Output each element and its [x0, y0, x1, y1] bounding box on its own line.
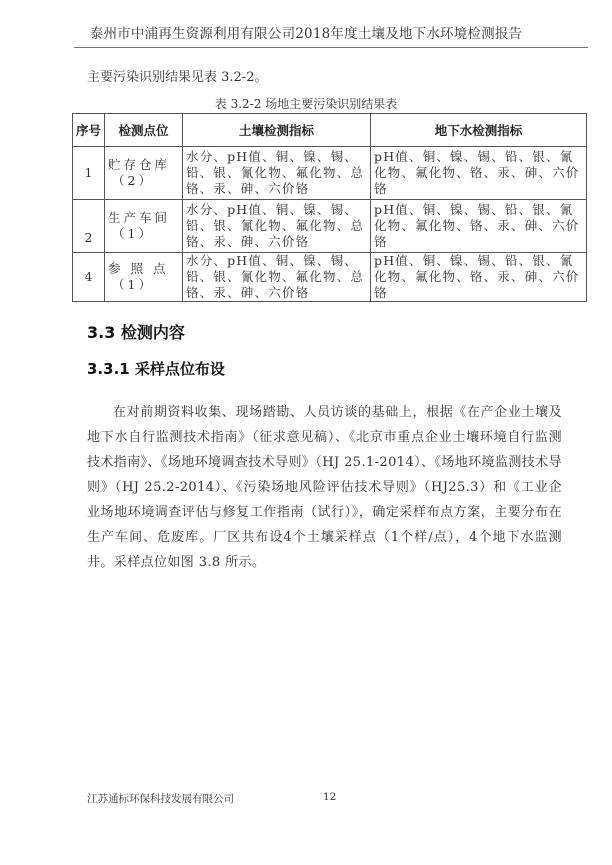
column-header-no: 序号	[73, 114, 105, 147]
soil-indicators: 水分、pH值、铜、镍、锡、铅、银、氰化物、氟化物、总铬、汞、砷、六价铬	[183, 147, 371, 200]
page-number: 12	[323, 791, 336, 803]
table-row: 1 贮存仓库 （2） 水分、pH值、铜、镍、锡、铅、银、氰化物、氟化物、总铬、汞…	[73, 147, 587, 200]
location-count: （1）	[108, 277, 179, 293]
row-number: 4	[73, 253, 105, 302]
row-number: 2	[73, 200, 105, 253]
row-number: 1	[73, 147, 105, 200]
body-paragraph: 在对前期资料收集、现场踏勘、人员访谈的基础上，根据《在产企业土壤及地下水自行监测…	[87, 400, 562, 575]
location-count: （1）	[108, 226, 179, 242]
intro-text: 主要污染识别结果见表 3.2-2。	[87, 66, 267, 85]
column-header-groundwater: 地下水检测指标	[371, 114, 587, 147]
column-header-location: 检测点位	[105, 114, 183, 147]
subsection-heading: 3.3.1 采样点位布设	[87, 358, 225, 379]
table-header-row: 序号 检测点位 土壤检测指标 地下水检测指标	[73, 114, 587, 147]
pollution-identification-table: 序号 检测点位 土壤检测指标 地下水检测指标 1 贮存仓库 （2） 水分、pH值…	[72, 113, 587, 302]
column-header-soil: 土壤检测指标	[183, 114, 371, 147]
soil-indicators: 水分、pH值、铜、镍、锡、铅、银、氰化物、氟化物、总铬、汞、砷、六价铬	[183, 200, 371, 253]
location-name: 生产车间	[108, 210, 170, 225]
groundwater-indicators: pH值、铜、镍、锡、铅、银、氰化物、氟化物、铬、汞、砷、六价铬	[371, 253, 587, 302]
table-caption: 表 3.2-2 场地主要污染识别结果表	[0, 95, 612, 112]
location-cell: 生产车间 （1）	[105, 200, 183, 253]
groundwater-indicators: pH值、铜、镍、锡、铅、银、氰化物、氟化物、铬、汞、砷、六价铬	[371, 147, 587, 200]
header-divider	[74, 47, 588, 48]
location-count: （2）	[108, 173, 179, 189]
table-row: 4 参 照 点 （1） 水分、pH值、铜、镍、锡、铅、银、氰化物、氟化物、总铬、…	[73, 253, 587, 302]
location-name: 参 照 点	[108, 261, 168, 276]
soil-indicators: 水分、pH值、铜、镍、锡、铅、银、氰化物、氟化物、总铬、汞、砷、六价铬	[183, 253, 371, 302]
table-row: 2 生产车间 （1） 水分、pH值、铜、镍、锡、铅、银、氰化物、氟化物、总铬、汞…	[73, 200, 587, 253]
footer-company: 江苏通标环保科技发展有限公司	[87, 791, 234, 806]
section-heading: 3.3 检测内容	[87, 320, 185, 343]
document-header-title: 泰州市中浦再生资源利用有限公司2018年度土壤及地下水环境检测报告	[0, 22, 612, 42]
location-cell: 参 照 点 （1）	[105, 253, 183, 302]
location-cell: 贮存仓库 （2）	[105, 147, 183, 200]
location-name: 贮存仓库	[108, 157, 170, 172]
groundwater-indicators: pH值、铜、镍、锡、铅、银、氰化物、氟化物、铬、汞、砷、六价铬	[371, 200, 587, 253]
